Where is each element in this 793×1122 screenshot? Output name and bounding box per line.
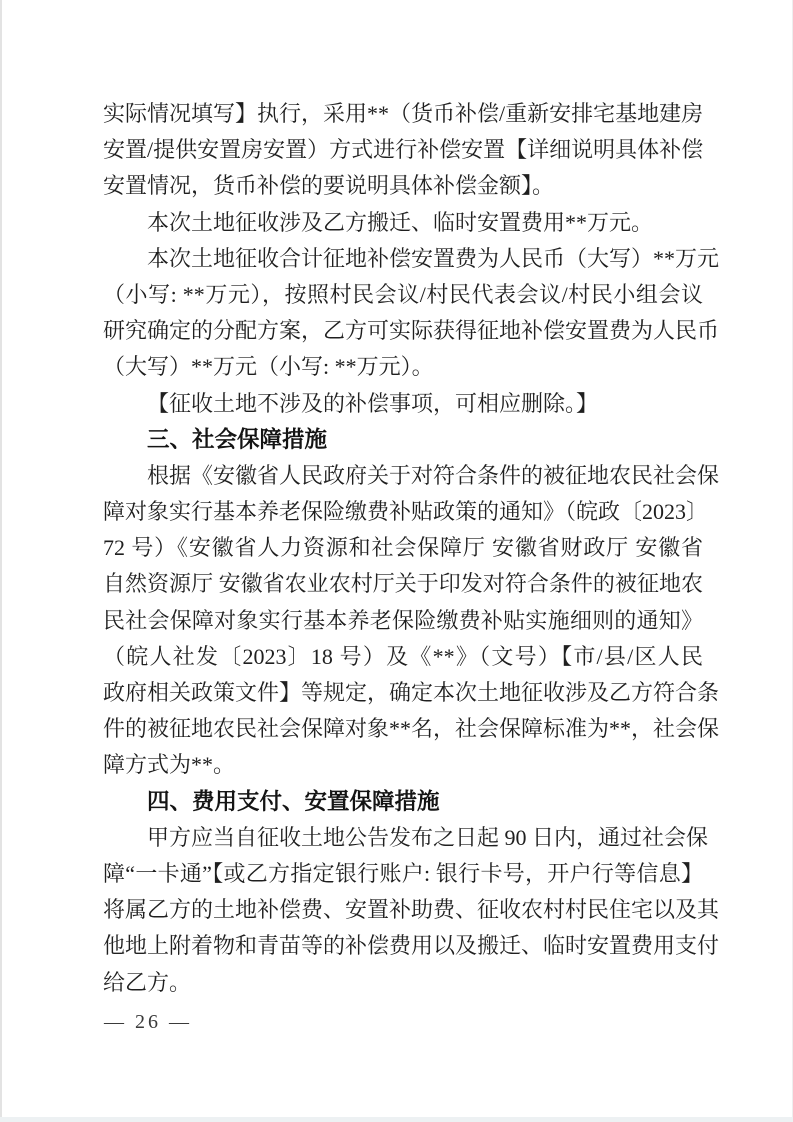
text-line: （小写: **万元），按照村民会议/村民代表会议/村民小组会议 xyxy=(103,277,703,313)
page-number: — 26 — xyxy=(104,1011,192,1034)
text-line: （大写）**万元（小写: **万元）。 xyxy=(103,349,703,385)
section-heading-social-security: 三、社会保障措施 xyxy=(103,422,703,458)
text-line: 实际情况填写】执行，采用**（货币补偿/重新安排宅基地建房 xyxy=(103,96,703,132)
text-line: 安置情况，货币补偿的要说明具体补偿金额】。 xyxy=(103,168,703,204)
text-line: 本次土地征收合计征地补偿安置费为人民币（大写）**万元 xyxy=(103,241,703,277)
text-line: 他地上附着物和青苗等的补偿费用以及搬迁、临时安置费用支付 xyxy=(103,928,703,964)
text-line: 研究确定的分配方案，乙方可实际获得征地补偿安置费为人民币 xyxy=(103,313,703,349)
document-body: 实际情况填写】执行，采用**（货币补偿/重新安排宅基地建房 安置/提供安置房安置… xyxy=(103,96,703,1001)
text-line: 民社会保障对象实行基本养老保险缴费补贴实施细则的通知》 xyxy=(103,603,703,639)
text-line: 72 号）《安徽省人力资源和社会保障厅 安徽省财政厅 安徽省 xyxy=(103,530,703,566)
text-line: 自然资源厅 安徽省农业农村厅关于印发对符合条件的被征地农 xyxy=(103,566,703,602)
section-heading-payment-resettlement: 四、费用支付、安置保障措施 xyxy=(103,784,703,820)
text-line: 件的被征地农民社会保障对象**名，社会保障标准为**，社会保 xyxy=(103,711,703,747)
text-line: 甲方应当自征收土地公告发布之日起 90 日内，通过社会保 xyxy=(103,820,703,856)
text-line: （皖人社发〔2023〕18 号）及《**》（文号）【市/县/区人民 xyxy=(103,639,703,675)
scan-edge-bottom xyxy=(0,1117,793,1122)
text-line: 安置/提供安置房安置）方式进行补偿安置【详细说明具体补偿 xyxy=(103,132,703,168)
text-line: 将属乙方的土地补偿费、安置补助费、征收农村村民住宅以及其 xyxy=(103,892,703,928)
text-line: 障方式为**。 xyxy=(103,747,703,783)
text-line: 根据《安徽省人民政府关于对符合条件的被征地农民社会保 xyxy=(103,458,703,494)
text-line: 本次土地征收涉及乙方搬迁、临时安置费用**万元。 xyxy=(103,205,703,241)
scan-edge-left xyxy=(0,0,2,1122)
text-line: 政府相关政策文件】等规定，确定本次土地征收涉及乙方符合条 xyxy=(103,675,703,711)
text-line: 障对象实行基本养老保险缴费补贴政策的通知》（皖政〔2023〕 xyxy=(103,494,703,530)
document-page: 实际情况填写】执行，采用**（货币补偿/重新安排宅基地建房 安置/提供安置房安置… xyxy=(0,0,793,1122)
text-line: 【征收土地不涉及的补偿事项，可相应删除。】 xyxy=(103,386,703,422)
text-line: 给乙方。 xyxy=(103,965,703,1001)
text-line: 障“一卡通”【或乙方指定银行账户: 银行卡号，开户行等信息】 xyxy=(103,856,703,892)
